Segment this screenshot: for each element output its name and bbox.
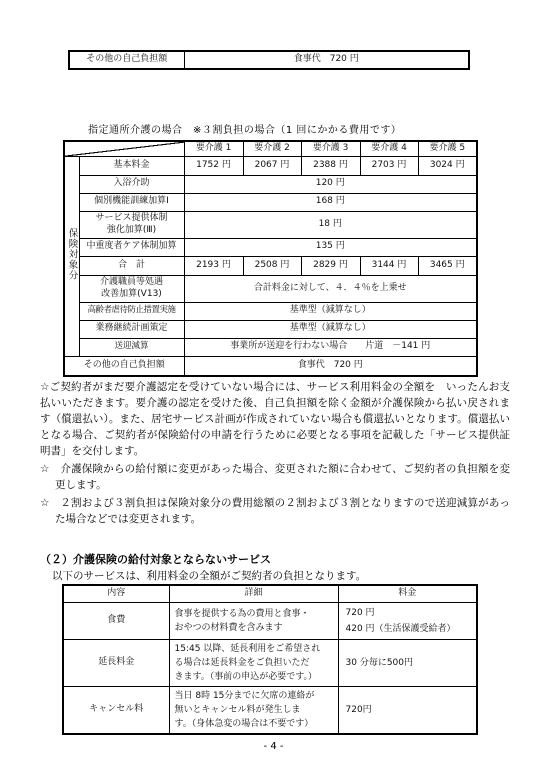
column-header: 詳細 (169, 585, 338, 602)
row-value: 3465 円 (418, 256, 477, 275)
row-label: 業務継続計画策定 (79, 320, 184, 338)
row-value: 基準型（減算なし） (184, 302, 477, 320)
insured-section-heading: 指定通所介護の場合 ※３割負担の場合（1 回にかかる費用です） (88, 121, 401, 136)
service-detail: 当日 8時 15分までに欠席の連絡が 無いとキャンセル料が発生しま す。（身体急… (169, 686, 338, 734)
row-value: 2703 円 (360, 156, 418, 175)
other-expenses-table: その他の自己負担額 食事代 720 円 (68, 50, 470, 70)
row-value: 事業所が送迎を行わない場合 片道 －141 円 (184, 338, 477, 356)
note-paragraph: ☆ご契約者がまだ要介護認定を受けていない場合には、サービス利用料金の全額を いっ… (40, 379, 510, 459)
row-value: 168 円 (184, 193, 477, 211)
other-expenses-value: 食事代 720 円 (184, 51, 469, 69)
table-row: サービス提供体制 強化加算(Ⅲ) 18 円 (64, 211, 477, 238)
table-row: 業務継続計画策定 基準型（減算なし） (64, 320, 477, 338)
table-row: 介護職員等処遇 改善加算(Ⅴ13) 合計料金に対して、４．４％を上乗せ (64, 275, 477, 302)
row-value: 2193 円 (184, 256, 243, 275)
table-row: キャンセル料 当日 8時 15分までに欠席の連絡が 無いとキャンセル料が発生しま… (63, 686, 477, 734)
service-fee: 720円 (338, 686, 477, 734)
row-value: 基準型（減算なし） (184, 320, 477, 338)
table-row: その他の自己負担額 食事代 720 円 (69, 51, 469, 69)
table-row: 合 計 2193 円 2508 円 2829 円 3144 円 3465 円 (64, 256, 477, 275)
row-label: サービス提供体制 強化加算(Ⅲ) (79, 211, 184, 238)
row-value: 食事代 720 円 (184, 356, 477, 376)
other-expenses-label: その他の自己負担額 (69, 51, 184, 69)
row-label: 高齢者虐待防止措置実施 (79, 302, 184, 320)
row-value: 2508 円 (243, 256, 301, 275)
row-label: 合 計 (79, 256, 184, 275)
service-name: 食費 (63, 602, 169, 639)
non-covered-section-intro: 以下のサービスは、利用料金の全額がご契約者の負担となります。 (52, 568, 366, 583)
service-fee: 30 分毎に500円 (338, 639, 477, 686)
table-row: 個別機能訓練加算Ⅰ 168 円 (64, 193, 477, 211)
row-value: 3024 円 (418, 156, 477, 175)
column-header: 要介護 5 (418, 141, 477, 156)
row-label: 入浴介助 (79, 175, 184, 193)
table-row: 延長料金 15:45 以降、延長利用をご希望され る場合は延長料金をご負担いただ… (63, 639, 477, 686)
row-value: 3144 円 (360, 256, 418, 275)
table-row: 高齢者虐待防止措置実施 基準型（減算なし） (64, 302, 477, 320)
column-header: 料金 (338, 585, 477, 602)
row-label: 基本料金 (79, 156, 184, 175)
page-number: - 4 - (0, 741, 547, 752)
non-covered-fee-table: 内容 詳細 料金 食費 食事を提供する為の費用と食事・ おやつの材料費を含みます… (62, 584, 478, 735)
row-label: 介護職員等処遇 改善加算(Ⅴ13) (79, 275, 184, 302)
document-page: { "top_table": { "label": "その他の自己負担額", "… (0, 0, 547, 775)
row-value: 18 円 (184, 211, 477, 238)
table-footer-row: その他の自己負担額 食事代 720 円 (64, 356, 477, 376)
table-header-row: 内容 詳細 料金 (63, 585, 477, 602)
row-label: 個別機能訓練加算Ⅰ (79, 193, 184, 211)
row-value: 135 円 (184, 238, 477, 256)
row-label: 中重度者ケア体制加算 (79, 238, 184, 256)
row-value: 2067 円 (243, 156, 301, 175)
table-row: 保険対象分 基本料金 1752 円 2067 円 2388 円 2703 円 3… (64, 156, 477, 175)
row-value: 120 円 (184, 175, 477, 193)
column-header: 要介護 4 (360, 141, 418, 156)
note-paragraph: ☆ 介護保険からの給付額に変更があった場合、変更された額に合わせて、ご契約者の負… (40, 461, 510, 493)
row-value: 1752 円 (184, 156, 243, 175)
note-paragraph: ☆ ２割および３割負担は保険対象分の費用総額の２割および３割となりますので送迎減… (40, 495, 510, 527)
table-row: 中重度者ケア体制加算 135 円 (64, 238, 477, 256)
table-row: 入浴介助 120 円 (64, 175, 477, 193)
column-header: 要介護 1 (184, 141, 243, 156)
side-label: 保険対象分 (64, 156, 79, 356)
care-fee-table: 要介護 1 要介護 2 要介護 3 要介護 4 要介護 5 保険対象分 基本料金… (63, 140, 478, 377)
row-value: 2388 円 (301, 156, 360, 175)
notes-block: ☆ご契約者がまだ要介護認定を受けていない場合には、サービス利用料金の全額を いっ… (40, 379, 510, 527)
table-row: 送迎減算 事業所が送迎を行わない場合 片道 －141 円 (64, 338, 477, 356)
column-header: 内容 (63, 585, 169, 602)
row-label: その他の自己負担額 (64, 356, 184, 376)
column-header: 要介護 2 (243, 141, 301, 156)
non-covered-section-heading: （２）介護保険の給付対象とならないサービス (40, 551, 271, 567)
service-detail: 15:45 以降、延長利用をご希望され る場合は延長料金をご負担いただ きます。… (169, 639, 338, 686)
table-row: 食費 食事を提供する為の費用と食事・ おやつの材料費を含みます 720 円 42… (63, 602, 477, 639)
service-detail: 食事を提供する為の費用と食事・ おやつの材料費を含みます (169, 602, 338, 639)
row-label: 送迎減算 (79, 338, 184, 356)
row-value: 2829 円 (301, 256, 360, 275)
service-fee: 720 円 420 円（生活保護受給者） (338, 602, 477, 639)
row-value: 合計料金に対して、４．４％を上乗せ (184, 275, 477, 302)
service-name: キャンセル料 (63, 686, 169, 734)
service-name: 延長料金 (63, 639, 169, 686)
column-header: 要介護 3 (301, 141, 360, 156)
table-header-row: 要介護 1 要介護 2 要介護 3 要介護 4 要介護 5 (64, 141, 477, 156)
diagonal-corner-cell (64, 141, 184, 156)
